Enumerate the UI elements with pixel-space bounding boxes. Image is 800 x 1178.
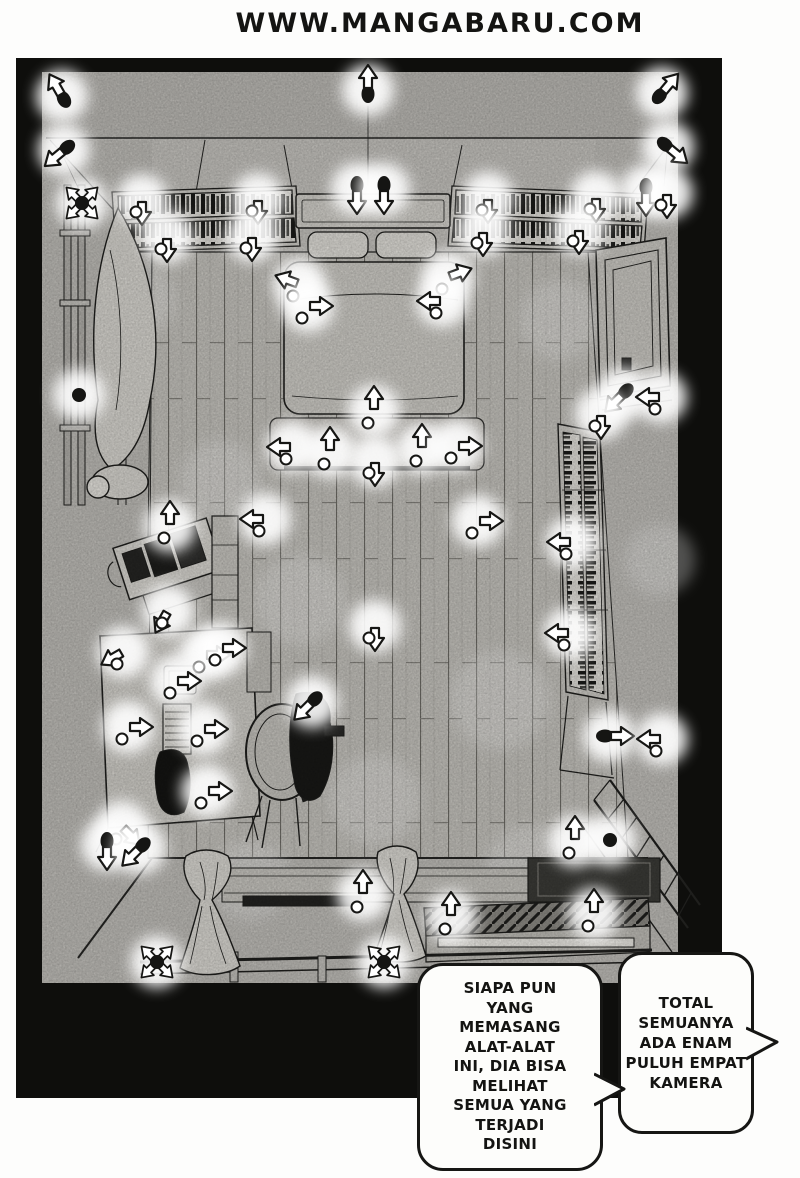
speech-line: DISINI xyxy=(483,1135,537,1155)
camera-marker-icon xyxy=(342,64,394,116)
camera-marker-icon xyxy=(348,385,400,437)
speech-line: SIAPA PUN xyxy=(464,979,557,999)
camera-marker-icon xyxy=(641,167,693,219)
camera-marker-icon xyxy=(337,869,389,921)
camera-marker-icon xyxy=(239,493,291,545)
camera-marker-icon xyxy=(416,275,468,327)
camera-marker-icon xyxy=(38,124,90,176)
camera-marker-icon xyxy=(181,765,233,817)
camera-marker-icon xyxy=(36,70,88,122)
camera-marker-icon xyxy=(195,622,247,674)
camera-cluster-icon xyxy=(56,177,108,229)
camera-marker-icon xyxy=(349,600,401,652)
speech-line: SEMUA YANG xyxy=(453,1096,566,1116)
camera-marker-icon xyxy=(102,701,154,753)
camera-marker-icon xyxy=(452,495,504,547)
camera-marker-icon xyxy=(583,710,635,762)
camera-marker-icon xyxy=(425,891,477,943)
speech-bubble-right: TOTAL SEMUANYA ADA ENAM PULUH EMPAT KAME… xyxy=(618,952,754,1134)
camera-marker-icon xyxy=(553,203,605,255)
speech-tail-right xyxy=(746,1026,786,1062)
camera-marker-icon xyxy=(282,280,334,332)
camera-marker-icon xyxy=(226,210,278,262)
speech-line: KAMERA xyxy=(649,1073,722,1093)
camera-marker-icon xyxy=(635,371,687,423)
lens-dot-icon xyxy=(584,814,636,866)
speech-tail-left xyxy=(594,1072,630,1108)
camera-marker-icon xyxy=(304,426,356,478)
lens-dot-icon xyxy=(53,369,105,421)
camera-marker-icon xyxy=(636,67,688,119)
speech-line: PULUH EMPAT xyxy=(626,1053,747,1073)
camera-marker-icon xyxy=(97,626,149,678)
camera-marker-icon xyxy=(141,211,193,263)
camera-marker-icon xyxy=(636,713,688,765)
camera-marker-icon xyxy=(150,655,202,707)
speech-line: TOTAL xyxy=(659,993,714,1013)
camera-marker-icon xyxy=(544,607,596,659)
camera-marker-icon xyxy=(431,420,483,472)
camera-marker-icon xyxy=(286,676,338,728)
speech-line: YANG xyxy=(486,999,533,1019)
camera-marker-icon xyxy=(144,500,196,552)
speech-line: INI, DIA BISA xyxy=(454,1057,567,1077)
camera-marker-icon xyxy=(568,888,620,940)
speech-line: TERJADI xyxy=(475,1116,544,1136)
room-scene xyxy=(36,64,700,988)
speech-line: ADA ENAM xyxy=(640,1033,733,1053)
speech-line: ALAT-ALAT xyxy=(465,1038,555,1058)
camera-marker-icon xyxy=(575,388,627,440)
camera-marker-icon xyxy=(114,822,166,874)
camera-marker-icon xyxy=(457,205,509,257)
speech-line: SEMUANYA xyxy=(638,1013,733,1033)
camera-cluster-icon xyxy=(358,936,410,988)
camera-marker-icon xyxy=(358,163,410,215)
camera-marker-icon xyxy=(546,516,598,568)
manga-page: WWW.MANGABARU.COM xyxy=(0,0,800,1178)
camera-marker-icon xyxy=(142,585,194,637)
speech-line: MEMASANG xyxy=(459,1018,560,1038)
camera-marker-icon xyxy=(642,121,694,173)
speech-line: MELIHAT xyxy=(472,1077,548,1097)
camera-marker-icon xyxy=(349,435,401,487)
speech-bubble-left: SIAPA PUN YANG MEMASANG ALAT-ALAT INI, D… xyxy=(417,963,603,1171)
camera-marker-icon xyxy=(177,703,229,755)
camera-cluster-icon xyxy=(131,936,183,988)
